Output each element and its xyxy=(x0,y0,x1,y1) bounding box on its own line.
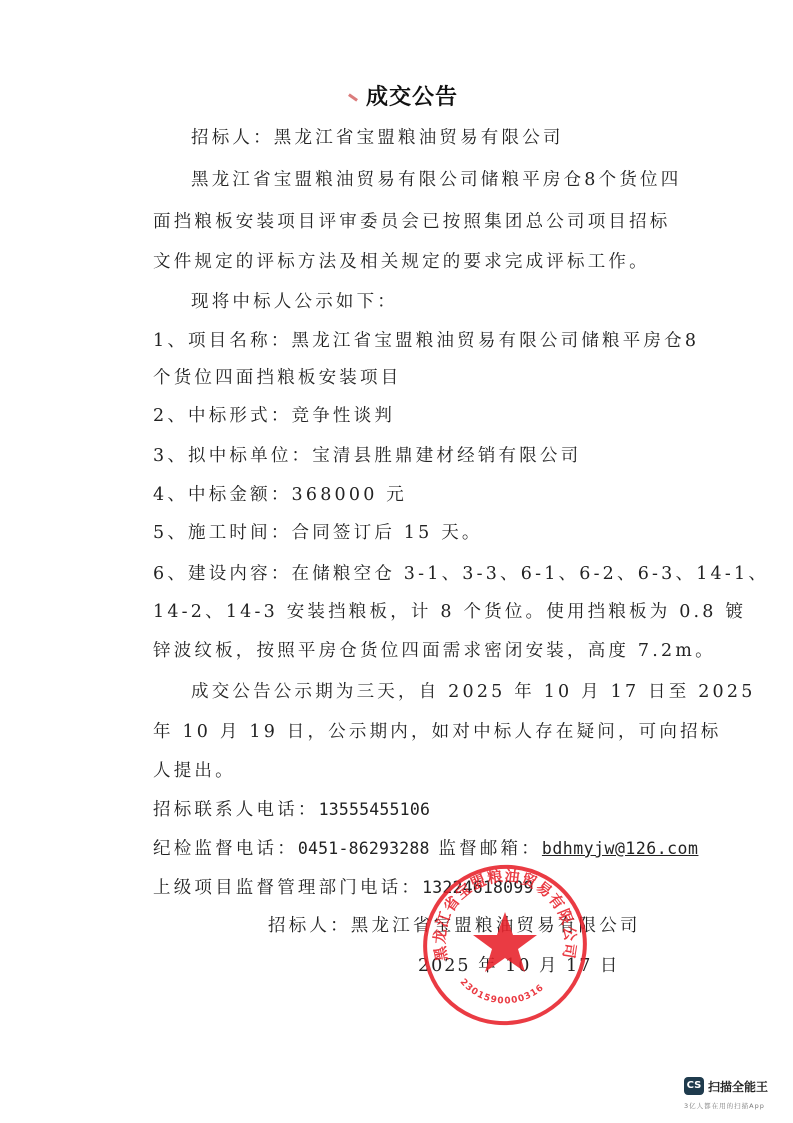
item-5: 5、施工时间：合同签订后 15 天。 xyxy=(153,519,483,544)
signature-tenderer: 招标人：黑龙江省宝盟粮油贸易有限公司 xyxy=(268,912,641,937)
dept-line: 上级项目监督管理部门电话：13224618099 xyxy=(153,874,534,899)
period-line-2: 年 10 月 19 日，公示期内，如对中标人存在疑问，可向招标 xyxy=(153,718,722,743)
item-6-line-2: 14-2、14-3 安装挡粮板，计 8 个货位。使用挡粮板为 0.8 镀 xyxy=(153,598,746,623)
item-2: 2、中标形式：竞争性谈判 xyxy=(153,402,395,427)
dept-phone: 13224618099 xyxy=(422,878,533,897)
item-6-line-3: 锌波纹板，按照平房仓货位四面需求密闭安装，高度 7.2m。 xyxy=(153,637,716,662)
item-4: 4、中标金额：368000 元 xyxy=(153,481,407,506)
item-6-line-1: 6、建设内容：在储粮空仓 3-1、3-3、6-1、6-2、6-3、14-1、 xyxy=(153,560,769,585)
tender-contact-phone: 13555455106 xyxy=(319,800,430,819)
camscanner-watermark: CS 扫描全能王 3亿人都在用的扫描App xyxy=(684,1077,792,1121)
supervision-email-link[interactable]: bdhmyjw@126.com xyxy=(542,839,699,858)
dept-label: 上级项目监督管理部门电话： xyxy=(153,878,422,898)
item-1-line-1: 1、项目名称：黑龙江省宝盟粮油贸易有限公司储粮平房仓8 xyxy=(153,327,699,352)
supervision-line: 纪检监督电话：0451-86293288 监督邮箱：bdhmyjw@126.co… xyxy=(153,835,698,860)
camscanner-logo-icon: CS xyxy=(684,1077,704,1095)
item-1-line-2: 个货位四面挡粮板安装项目 xyxy=(153,364,401,389)
pen-mark xyxy=(348,93,358,101)
intro-line-2: 面挡粮板安装项目评审委员会已按照集团总公司项目招标 xyxy=(153,208,671,233)
signature-date: 2025 年 10 月 17 日 xyxy=(418,952,619,977)
supervision-label: 纪检监督电话： xyxy=(153,839,298,859)
tender-contact-label: 招标联系人电话： xyxy=(153,800,319,820)
document-page: 成交公告 招标人：黑龙江省宝盟粮油贸易有限公司 黑龙江省宝盟粮油贸易有限公司储粮… xyxy=(0,0,793,1123)
svg-text:2301590000316: 2301590000316 xyxy=(458,977,547,1006)
intro-line-1: 黑龙江省宝盟粮油贸易有限公司储粮平房仓8个货位四 xyxy=(191,166,681,191)
intro-line-3: 文件规定的评标方法及相关规定的要求完成评标工作。 xyxy=(153,248,650,273)
tenderer-line: 招标人：黑龙江省宝盟粮油贸易有限公司 xyxy=(191,124,564,149)
period-line-3: 人提出。 xyxy=(153,757,236,782)
camscanner-name: 扫描全能王 xyxy=(708,1078,768,1095)
email-label: 监督邮箱： xyxy=(438,839,542,859)
announce-lead: 现将中标人公示如下： xyxy=(191,288,398,313)
supervision-phone: 0451-86293288 xyxy=(298,839,430,858)
camscanner-tagline: 3亿人都在用的扫描App xyxy=(684,1101,765,1110)
document-title: 成交公告 xyxy=(366,80,458,111)
item-3: 3、拟中标单位：宝清县胜鼎建材经销有限公司 xyxy=(153,442,581,467)
period-line-1: 成交公告公示期为三天，自 2025 年 10 月 17 日至 2025 xyxy=(191,678,756,703)
tender-contact-line: 招标联系人电话：13555455106 xyxy=(153,796,430,821)
